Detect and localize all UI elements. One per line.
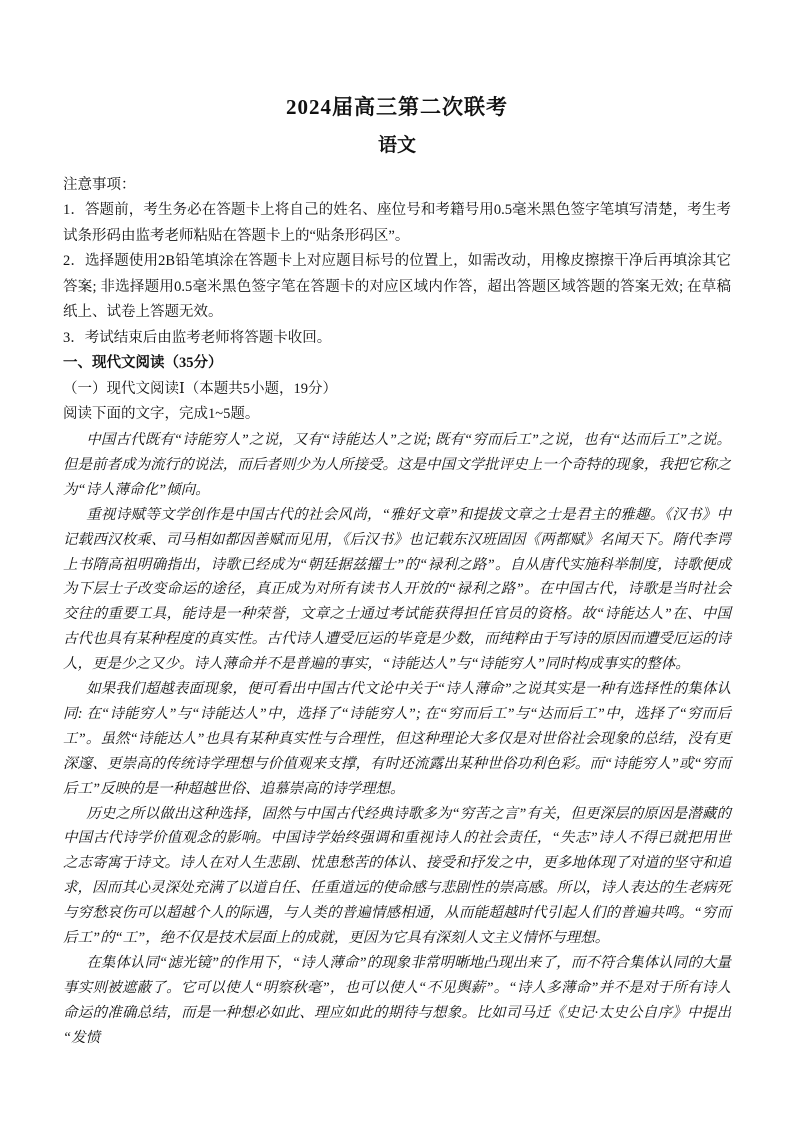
reading-instruction: 阅读下面的文字，完成1~5题。 [63, 402, 731, 428]
reading-passage: 中国古代既有“诗能穷人”之说，又有“诗能达人”之说; 既有“穷而后工”之说，也有… [63, 428, 731, 1051]
exam-subject: 语文 [63, 136, 731, 157]
notice-item: 1．答题前，考生务必在答题卡上将自己的姓名、座位号和考籍号用0.5毫米黑色签字笔… [63, 198, 731, 249]
passage-paragraph: 重视诗赋等文学创作是中国古代的社会风尚，“雅好文章”和提拔文章之士是君主的雅趣。… [63, 503, 731, 677]
notice-items: 1．答题前，考生务必在答题卡上将自己的姓名、座位号和考籍号用0.5毫米黑色签字笔… [63, 198, 731, 351]
passage-paragraph: 历史之所以做出这种选择，固然与中国古代经典诗歌多为“穷苦之言”有关，但更深层的原… [63, 802, 731, 951]
passage-paragraph: 中国古代既有“诗能穷人”之说，又有“诗能达人”之说; 既有“穷而后工”之说，也有… [63, 428, 731, 503]
passage-paragraph: 在集体认同“滤光镜”的作用下，“诗人薄命”的现象非常明晰地凸现出来了，而不符合集… [63, 951, 731, 1051]
section-heading: 一、现代文阅读（35分） [63, 351, 731, 377]
notice-section: 注意事项： 1．答题前，考生务必在答题卡上将自己的姓名、座位号和考籍号用0.5毫… [63, 173, 731, 352]
notice-item: 3．考试结束后由监考老师将答题卡收回。 [63, 326, 731, 352]
page-content: 注意事项： 1．答题前，考生务必在答题卡上将自己的姓名、座位号和考籍号用0.5毫… [63, 173, 731, 1051]
exam-title: 2024届高三第二次联考 [63, 96, 731, 119]
notice-label: 注意事项： [63, 173, 731, 199]
exam-paper-page: 2024届高三第二次联考 语文 注意事项： 1．答题前，考生务必在答题卡上将自己… [0, 0, 794, 1123]
subsection-heading: （一）现代文阅读Ⅰ（本题共5小题，19分） [63, 377, 731, 403]
notice-item: 2．选择题使用2B铅笔填涂在答题卡上对应题目标号的位置上，如需改动，用橡皮擦擦干… [63, 249, 731, 326]
passage-paragraph: 如果我们超越表面现象，便可看出中国古代文论中关于“诗人薄命”之说其实是一种有选择… [63, 677, 731, 802]
